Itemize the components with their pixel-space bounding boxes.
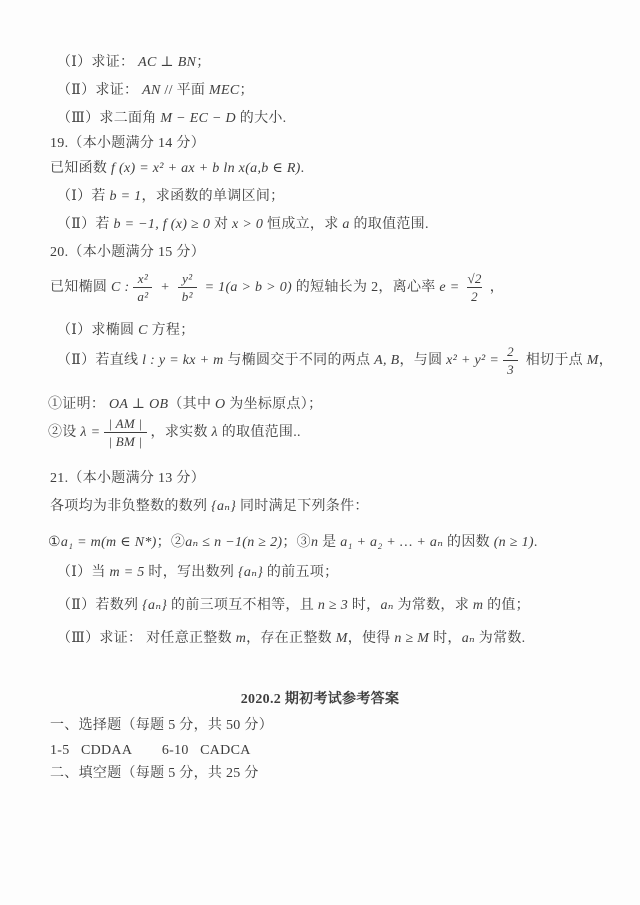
math-text: C : (111, 278, 129, 298)
answer-blank-header: 二、填空题（每题 5 分，共 25 分 (50, 764, 259, 784)
cjk-text: 2020.2 期初考试参考答案 (241, 690, 400, 710)
math-text: a₁ + a₂ + … + aₙ (340, 533, 443, 553)
math-text: n ≥ 3 (318, 596, 348, 616)
cjk-text: ②设 (48, 423, 80, 443)
problem21-part2: （Ⅱ）若数列 {aₙ} 的前三项互不相等，且 n ≥ 3 时，aₙ 为常数，求 … (57, 596, 530, 616)
math-text: l : y = kx + m (142, 351, 223, 371)
cjk-text: ， (490, 278, 504, 298)
math-text: x > 0 (232, 215, 263, 235)
cjk-text: 为常数，求 (394, 596, 473, 616)
cjk-text: ；② (157, 533, 186, 553)
math-text: {aₙ} (211, 497, 236, 517)
cjk-text: 的因数 (443, 533, 494, 553)
fraction-numerator: 2 (503, 344, 518, 360)
cjk-text: . (534, 533, 538, 553)
cjk-text: ，与圆 (399, 351, 446, 371)
math-text: λ = (80, 423, 100, 443)
cjk-text: 二、填空题（每题 5 分，共 25 分 (50, 764, 259, 784)
fraction-denominator: a² (133, 287, 152, 304)
fraction-denominator: 3 (503, 360, 518, 377)
cjk-text: ；③ (282, 533, 311, 553)
cjk-text: ，求实数 (151, 423, 212, 443)
math-text: m (236, 629, 246, 649)
cjk-text: （Ⅲ）求二面角 (57, 109, 160, 129)
fraction: √22 (463, 271, 485, 304)
fraction-numerator: √2 (463, 271, 485, 287)
problem21-statement: 各项均为非负整数的数列 {aₙ} 同时满足下列条件： (50, 497, 369, 517)
cjk-text: ， (599, 351, 613, 371)
cjk-text: 已知函数 (50, 159, 111, 179)
cjk-text: // 平面 (164, 81, 209, 101)
problem20-part2-sub1: ①证明： OA ⊥ OB（其中 O 为坐标原点）； (48, 395, 322, 415)
cjk-text: 的取值范围. (350, 215, 429, 235)
problem18-part1: （Ⅰ）求证： AC ⊥ BN； (57, 53, 211, 73)
cjk-text: （其中 (168, 395, 215, 415)
math-text: b = 1 (110, 187, 142, 207)
cjk-text: ①证明： (48, 395, 109, 415)
fraction-denominator: | BM | (104, 432, 146, 449)
math-text: O (215, 395, 225, 415)
problem19-part2: （Ⅱ）若 b = −1, f (x) ≥ 0 对 x > 0 恒成立，求 a 的… (57, 215, 429, 235)
cjk-text: 时， (348, 596, 380, 616)
cjk-text: 的短轴长为 2，离心率 (292, 278, 439, 298)
math-text: AN (142, 81, 164, 101)
math-text: M (336, 629, 348, 649)
cjk-text: （Ⅰ）求椭圆 (57, 321, 138, 341)
math-text: aₙ (462, 629, 475, 649)
problem19-statement: 已知函数 f (x) = x² + ax + b ln x(a,b ∈ R). (50, 159, 304, 179)
math-text: a₁ = m(m ∈ N*) (61, 533, 157, 553)
cjk-text: ，使得 (348, 629, 395, 649)
problem18-part2: （Ⅱ）求证： AN // 平面 MEC； (57, 81, 254, 101)
cjk-text: ； (196, 53, 210, 73)
answer-choice-values: 1-5 CDDAA 6-10 CADCA (50, 741, 251, 761)
cjk-text: 的前五项； (263, 563, 338, 583)
cjk-text: （Ⅱ）若数列 (57, 596, 142, 616)
cjk-text: 为常数. (475, 629, 526, 649)
math-text: aₙ ≤ n −1(n ≥ 2) (185, 533, 282, 553)
math-text: n (311, 533, 318, 553)
math-text: + (156, 278, 173, 298)
math-text: = 1(a > b > 0) (201, 278, 292, 298)
cjk-text: （Ⅱ）若直线 (57, 351, 142, 371)
problem20-part2-sub2: ②设 λ =| AM || BM |，求实数 λ 的取值范围.. (48, 416, 301, 449)
math-text: e = (439, 278, 459, 298)
cjk-text: ，存在正整数 (246, 629, 336, 649)
math-text: M − EC − D (160, 109, 236, 129)
cjk-text: 方程； (148, 321, 195, 341)
fraction: y²b² (178, 271, 197, 304)
cjk-text: 的值； (483, 596, 530, 616)
cjk-text: 1-5 CDDAA 6-10 CADCA (50, 741, 251, 761)
problem21-part3: （Ⅲ）求证： 对任意正整数 m，存在正整数 M，使得 n ≥ M 时，aₙ 为常… (57, 629, 525, 649)
fraction-denominator: 2 (467, 287, 482, 304)
problem19-part1: （Ⅰ）若 b = 1，求函数的单调区间； (57, 187, 284, 207)
cjk-text: （Ⅲ）求证： 对任意正整数 (57, 629, 236, 649)
fraction-numerator: y² (178, 271, 196, 287)
problem20-part1: （Ⅰ）求椭圆 C 方程； (57, 321, 195, 341)
problem20-statement: 已知椭圆 C :x²a² + y²b² = 1(a > b > 0) 的短轴长为… (50, 271, 504, 304)
math-text: m (473, 596, 483, 616)
math-text: b = −1, f (x) ≥ 0 (114, 215, 211, 235)
cjk-text: 21.（本小题满分 13 分） (50, 469, 205, 489)
cjk-text: 与椭圆交于不同的两点 (224, 351, 375, 371)
problem19-header: 19.（本小题满分 14 分） (50, 134, 205, 154)
cjk-text: 20.（本小题满分 15 分） (50, 243, 205, 263)
math-text: n ≥ M (394, 629, 429, 649)
cjk-text: 相切于点 (522, 351, 587, 371)
cjk-text: 各项均为非负整数的数列 (50, 497, 211, 517)
cjk-text: 为坐标原点）； (225, 395, 322, 415)
problem20-header: 20.（本小题满分 15 分） (50, 243, 205, 263)
math-text: {aₙ} (238, 563, 263, 583)
cjk-text: 已知椭圆 (50, 278, 111, 298)
problem18-part3: （Ⅲ）求二面角 M − EC − D 的大小. (57, 109, 286, 129)
cjk-text: 时，写出数列 (145, 563, 238, 583)
problem21-conditions: ①a₁ = m(m ∈ N*)；②aₙ ≤ n −1(n ≥ 2)；③n 是 a… (48, 533, 538, 553)
math-text: x² + y² = (446, 351, 499, 371)
math-text: a (342, 215, 349, 235)
cjk-text: 恒成立，求 (263, 215, 342, 235)
answer-section-title: 2020.2 期初考试参考答案 (0, 690, 640, 710)
cjk-text: （Ⅱ）若 (57, 215, 114, 235)
math-text: f (x) = x² + ax + b ln x(a,b ∈ R) (111, 159, 301, 179)
math-text: AC ⊥ BN (138, 53, 196, 73)
problem21-part1: （Ⅰ）当 m = 5 时，写出数列 {aₙ} 的前五项； (57, 563, 338, 583)
fraction: 23 (503, 344, 518, 377)
fraction-numerator: x² (134, 271, 152, 287)
cjk-text: 的前三项互不相等，且 (167, 596, 318, 616)
cjk-text: ； (239, 81, 253, 101)
cjk-text: （Ⅱ）求证： (57, 81, 142, 101)
cjk-text: 的取值范围.. (218, 423, 301, 443)
cjk-text: （Ⅰ）若 (57, 187, 110, 207)
cjk-text: 19.（本小题满分 14 分） (50, 134, 205, 154)
math-text: {aₙ} (142, 596, 167, 616)
math-text: C (138, 321, 148, 341)
math-text: OA ⊥ OB (109, 395, 168, 415)
cjk-text: . (301, 159, 305, 179)
fraction: x²a² (133, 271, 152, 304)
cjk-text: 是 (318, 533, 340, 553)
math-text: MEC (209, 81, 239, 101)
cjk-text: （Ⅰ）当 (57, 563, 110, 583)
math-text: aₙ (380, 596, 393, 616)
cjk-text: ，求函数的单调区间； (141, 187, 284, 207)
cjk-text: 同时满足下列条件： (236, 497, 369, 517)
cjk-text: 一、选择题（每题 5 分，共 50 分） (50, 716, 273, 736)
fraction-denominator: b² (178, 287, 197, 304)
cjk-text: 对 (210, 215, 232, 235)
cjk-text: 的大小. (236, 109, 287, 129)
cjk-text: 时， (429, 629, 461, 649)
math-text: A, B (374, 351, 399, 371)
fraction-numerator: | AM | (104, 416, 146, 432)
problem21-header: 21.（本小题满分 13 分） (50, 469, 205, 489)
problem20-part2: （Ⅱ）若直线 l : y = kx + m 与椭圆交于不同的两点 A, B，与圆… (57, 344, 613, 377)
answer-choice-header: 一、选择题（每题 5 分，共 50 分） (50, 716, 273, 736)
math-text: m = 5 (110, 563, 145, 583)
cjk-text: （Ⅰ）求证： (57, 53, 138, 73)
fraction: | AM || BM | (104, 416, 146, 449)
math-text: M (587, 351, 599, 371)
math-text: (n ≥ 1) (494, 533, 534, 553)
document-page: （Ⅰ）求证： AC ⊥ BN；（Ⅱ）求证： AN // 平面 MEC；（Ⅲ）求二… (0, 0, 640, 905)
cjk-text: ① (48, 533, 61, 553)
